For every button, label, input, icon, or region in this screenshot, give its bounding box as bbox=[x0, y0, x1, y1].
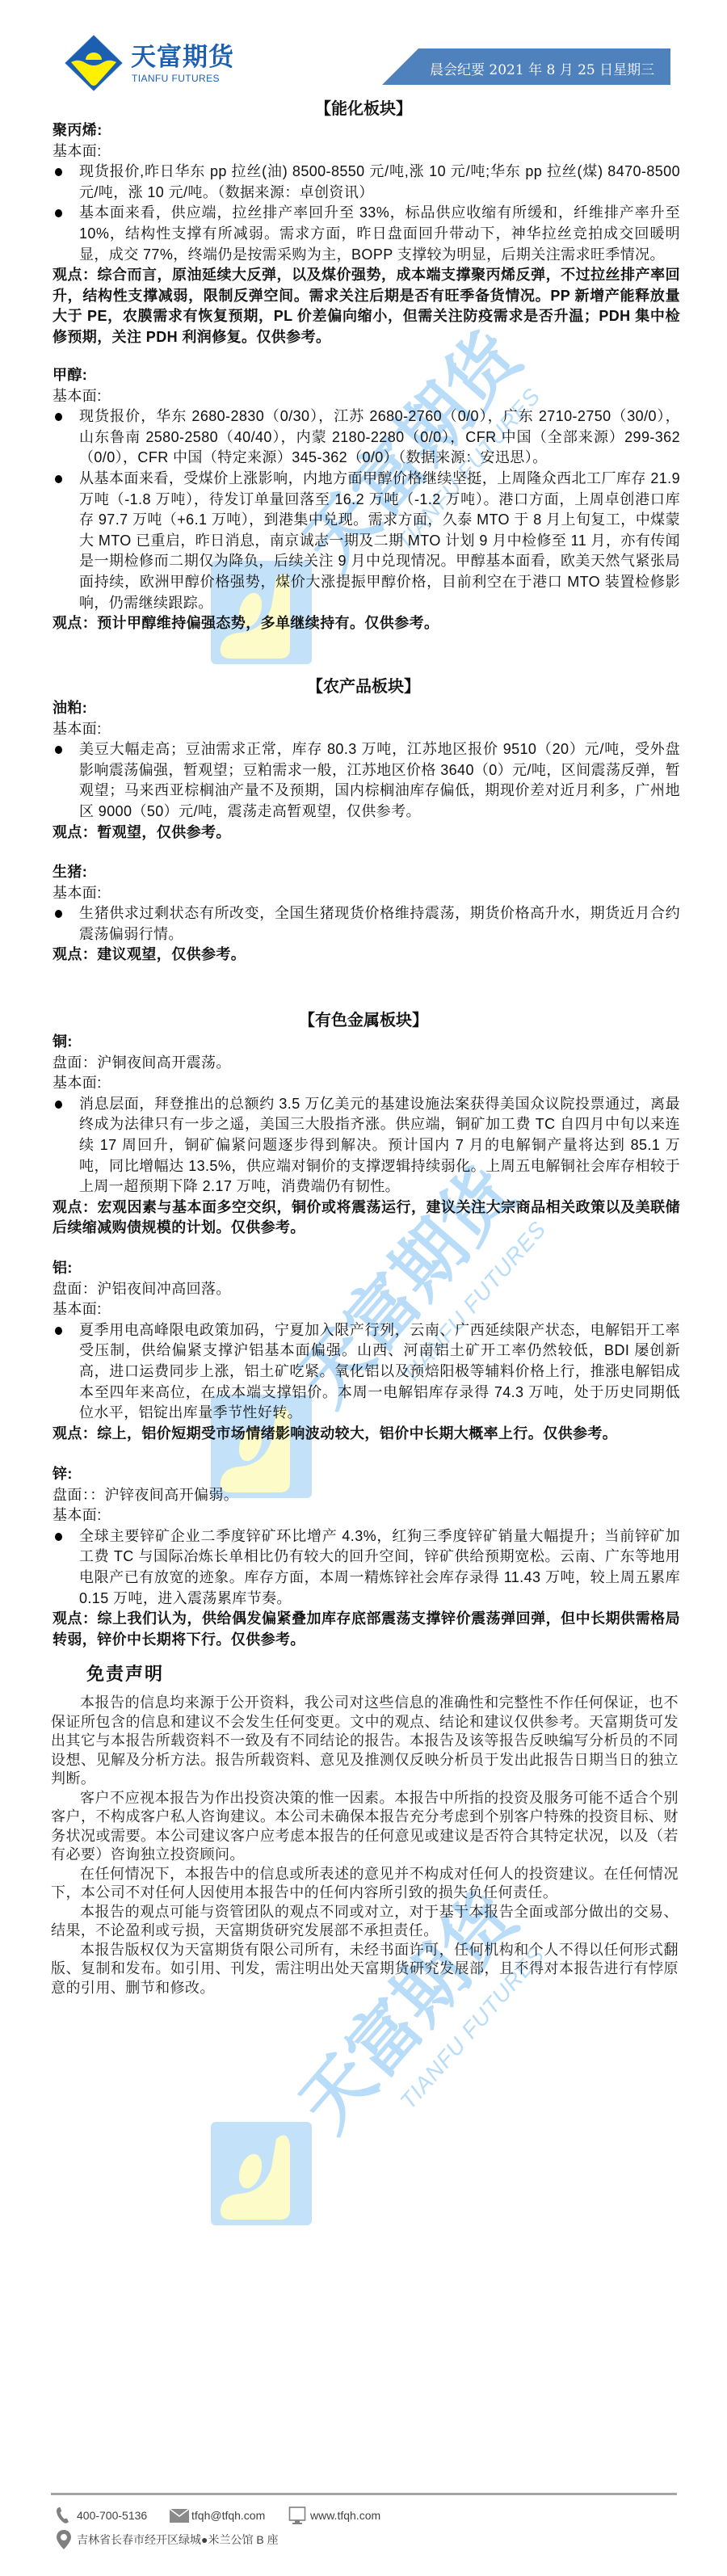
view-paragraph: 观点：综合而言，原油延续大反弹，以及煤价强势，成本端支撑聚丙烯反弹，不过拉丝排产… bbox=[53, 265, 680, 347]
commodity-copper: 铜: 盘面：沪铜夜间高开震荡。 基本面: 消息层面，拜登推出的总额约 3.5 万… bbox=[53, 1032, 680, 1239]
fundamentals-label: 基本面: bbox=[53, 719, 680, 740]
fundamentals-label: 基本面: bbox=[53, 883, 680, 904]
bullet-item: 基本面来看，供应端，拉丝排产率回升至 33%，标品供应收缩有所缓和，纤维排产率升… bbox=[53, 203, 680, 265]
view-paragraph: 观点：综上我们认为，供给偶发偏紧叠加库存底部震荡支撑锌价震荡弹回弹，但中长期供需… bbox=[53, 1609, 680, 1650]
disclaimer-body: 本报告的信息均来源于公开资料，我公司对这些信息的准确性和完整性不作任何保证，也不… bbox=[51, 1694, 679, 1997]
market-line: 盘面：沪铜夜间高开震荡。 bbox=[53, 1053, 680, 1074]
market-label: 盘面： bbox=[53, 1487, 90, 1503]
disclaimer-paragraph: 本报告的信息均来源于公开资料，我公司对这些信息的准确性和完整性不作任何保证，也不… bbox=[51, 1694, 679, 1789]
disclaimer-paragraph: 本报告的观点可能与资管团队的观点不同或对立，对于基于本报告全面或部分做出的交易、… bbox=[51, 1903, 679, 1941]
monitor-icon bbox=[288, 2507, 306, 2525]
bullet-text: 消息层面，拜登推出的总额约 3.5 万亿美元的基建设施法案获得美国众议院投票通过… bbox=[79, 1096, 680, 1194]
market-text: 沪铝夜间冲高回落。 bbox=[97, 1281, 231, 1297]
commodity-name: 油粕: bbox=[53, 698, 680, 719]
view-paragraph: 观点：建议观望，仅供参考。 bbox=[53, 945, 680, 966]
bullet-item: 消息层面，拜登推出的总额约 3.5 万亿美元的基建设施法案获得美国众议院投票通过… bbox=[53, 1094, 680, 1198]
view-text: 建议观望，仅供参考。 bbox=[97, 946, 246, 962]
commodity-live-hogs: 生猪: 基本面: 生猪供求过剩状态有所改变，全国生猪现货价格维持震荡，期货价格高… bbox=[53, 862, 680, 966]
bullet-text: 基本面来看，供应端，拉丝排产率回升至 33%，标品供应收缩有所缓和，纤维排产率升… bbox=[79, 204, 680, 262]
watermark-logo-icon bbox=[210, 2121, 313, 2226]
market-text: 沪铜夜间高开震荡。 bbox=[97, 1054, 231, 1071]
phone-icon bbox=[56, 2507, 70, 2524]
bullet-text: 美豆大幅走高；豆油需求正常，库存 80.3 万吨，江苏地区报价 9510（20）… bbox=[79, 741, 680, 819]
report-page: 天富期货 TIANFU FUTURES 天富期货 TIANFU FUTURES … bbox=[0, 0, 727, 2576]
bullet-item: 美豆大幅走高；豆油需求正常，库存 80.3 万吨，江苏地区报价 9510（20）… bbox=[53, 739, 680, 822]
view-label: 观点： bbox=[53, 824, 97, 840]
commodity-name: 聚丙烯: bbox=[53, 120, 680, 141]
company-name-cn: 天富期货 bbox=[131, 43, 234, 72]
footer-phone: 400-700-5136 bbox=[77, 2508, 147, 2523]
banner-title: 晨会纪要 2021 年 8 月 25 日星期三 bbox=[430, 53, 664, 89]
commodity-methanol: 甲醇: 基本面: 现货报价，华东 2680-2830（0/30），江苏 2680… bbox=[53, 365, 680, 634]
mail-icon bbox=[170, 2508, 189, 2523]
view-text: 综合而言，原油延续大反弹，以及煤价强势，成本端支撑聚丙烯反弹，不过拉丝排产率回升… bbox=[53, 267, 680, 345]
section-title-energy-chemicals: 【能化板块】 bbox=[0, 99, 727, 120]
report-date-banner: 晨会纪要 2021 年 8 月 25 日星期三 bbox=[382, 48, 670, 85]
disclaimer-title: 免责声明 bbox=[86, 1663, 164, 1686]
commodity-aluminum: 铝: 盘面：沪铝夜间冲高回落。 基本面: 夏季用电高峰限电政策加码，宁夏加入限产… bbox=[53, 1258, 680, 1444]
location-pin-icon bbox=[57, 2530, 71, 2549]
bullet-icon bbox=[55, 1327, 62, 1335]
disclaimer-paragraph: 客户不应视本报告为作出投资决策的惟一因素。本报告中所指的投资及服务可能不适合个别… bbox=[51, 1789, 679, 1865]
market-label: 盘面： bbox=[53, 1281, 97, 1297]
bullet-item: 全球主要锌矿企业二季度锌矿环比增产 4.3%，红狗三季度锌矿销量大幅提升；当前锌… bbox=[53, 1526, 680, 1609]
view-paragraph: 观点：预计甲醇维持偏强态势，多单继续持有。仅供参考。 bbox=[53, 613, 680, 634]
market-line: 盘面：沪铝夜间冲高回落。 bbox=[53, 1279, 680, 1300]
view-label: 观点： bbox=[53, 1425, 97, 1442]
bullet-icon bbox=[55, 1101, 62, 1109]
footer-email[interactable]: tfqh@tfqh.com bbox=[191, 2508, 265, 2523]
bullet-text: 生猪供求过剩状态有所改变，全国生猪现货价格维持震荡，期货价格高升水，期货近月合约… bbox=[79, 905, 680, 942]
bullet-item: 夏季用电高峰限电政策加码，宁夏加入限产行列，云南、广西延续限产状态，电解铝开工率… bbox=[53, 1320, 680, 1424]
commodity-polypropylene: 聚丙烯: 基本面: 现货报价,昨日华东 pp 拉丝(油) 8500-8550 元… bbox=[53, 120, 680, 348]
bullet-text: 现货报价,昨日华东 pp 拉丝(油) 8500-8550 元/吨,涨 10 元/… bbox=[79, 163, 680, 200]
view-paragraph: 观点：暂观望，仅供参考。 bbox=[53, 823, 680, 844]
company-logo-icon bbox=[64, 34, 124, 92]
bullet-text: 现货报价，华东 2680-2830（0/30），江苏 2680-2760（0/0… bbox=[79, 408, 680, 465]
view-paragraph: 观点：综上，铝价短期受市场情绪影响波动较大，铝价中长期大概率上行。仅供参考。 bbox=[53, 1424, 680, 1445]
footer-address: 吉林省长春市经开区绿城●米兰公馆 B 座 bbox=[77, 2532, 279, 2547]
fundamentals-label: 基本面: bbox=[53, 1505, 680, 1526]
fundamentals-label: 基本面: bbox=[53, 386, 680, 407]
view-paragraph: 观点：宏观因素与基本面多空交织，铜价或将震荡运行，建议关注大宗商品相关政策以及美… bbox=[53, 1198, 680, 1239]
bullet-icon bbox=[55, 475, 62, 483]
view-label: 观点： bbox=[53, 946, 97, 962]
view-text: 暂观望，仅供参考。 bbox=[97, 824, 231, 840]
footer-website[interactable]: www.tfqh.com bbox=[310, 2508, 380, 2523]
market-line: 盘面：：沪锌夜间高开偏弱。 bbox=[53, 1485, 680, 1506]
bullet-icon bbox=[55, 168, 62, 176]
bullet-text: 夏季用电高峰限电政策加码，宁夏加入限产行列，云南、广西延续限产状态，电解铝开工率… bbox=[79, 1322, 680, 1421]
disclaimer-paragraph: 本报告版权仅为天富期货有限公司所有，未经书面许可，任何机构和个人不得以任何形式翻… bbox=[51, 1941, 679, 1998]
view-text: 综上我们认为，供给偶发偏紧叠加库存底部震荡支撑锌价震荡弹回弹，但中长期供需格局转… bbox=[53, 1610, 680, 1648]
view-label: 观点： bbox=[53, 615, 97, 631]
view-text: 宏观因素与基本面多空交织，铜价或将震荡运行，建议关注大宗商品相关政策以及美联储后… bbox=[53, 1199, 680, 1236]
view-text: 综上，铝价短期受市场情绪影响波动较大，铝价中长期大概率上行。仅供参考。 bbox=[97, 1425, 617, 1442]
bullet-item: 现货报价,昨日华东 pp 拉丝(油) 8500-8550 元/吨,涨 10 元/… bbox=[53, 162, 680, 203]
bullet-item: 生猪供求过剩状态有所改变，全国生猪现货价格维持震荡，期货价格高升水，期货近月合约… bbox=[53, 903, 680, 945]
view-label: 观点： bbox=[53, 1610, 98, 1627]
view-label: 观点： bbox=[53, 267, 98, 283]
bullet-icon bbox=[55, 1533, 62, 1541]
market-label: 盘面： bbox=[53, 1054, 97, 1071]
fundamentals-label: 基本面: bbox=[53, 141, 680, 162]
section-title-nonferrous-metals: 【有色金属板块】 bbox=[0, 1010, 727, 1031]
bullet-text: 全球主要锌矿企业二季度锌矿环比增产 4.3%，红狗三季度锌矿销量大幅提升；当前锌… bbox=[79, 1528, 680, 1606]
bullet-icon bbox=[55, 746, 62, 754]
company-name-en: TIANFU FUTURES bbox=[132, 73, 220, 84]
commodity-name: 锌: bbox=[53, 1464, 680, 1485]
disclaimer-paragraph: 在任何情况下，本报告中的信息或所表述的意见并不构成对任何人的投资建议。在任何情况… bbox=[51, 1865, 679, 1903]
footer-divider bbox=[51, 2493, 677, 2495]
view-label: 观点： bbox=[53, 1199, 98, 1215]
commodity-name: 甲醇: bbox=[53, 365, 680, 386]
view-text: 预计甲醇维持偏强态势，多单继续持有。仅供参考。 bbox=[97, 615, 439, 631]
market-text: ：沪锌夜间高开偏弱。 bbox=[90, 1487, 238, 1503]
commodity-oils-meals: 油粕: 基本面: 美豆大幅走高；豆油需求正常，库存 80.3 万吨，江苏地区报价… bbox=[53, 698, 680, 843]
bullet-icon bbox=[55, 209, 62, 217]
bullet-item: 现货报价，华东 2680-2830（0/30），江苏 2680-2760（0/0… bbox=[53, 406, 680, 469]
commodity-name: 生猪: bbox=[53, 862, 680, 883]
commodity-name: 铜: bbox=[53, 1032, 680, 1053]
fundamentals-label: 基本面: bbox=[53, 1299, 680, 1320]
commodity-zinc: 锌: 盘面：：沪锌夜间高开偏弱。 基本面: 全球主要锌矿企业二季度锌矿环比增产 … bbox=[53, 1464, 680, 1650]
bullet-icon bbox=[55, 910, 62, 918]
fundamentals-label: 基本面: bbox=[53, 1073, 680, 1094]
bullet-text: 从基本面来看，受煤价上涨影响，内地方面甲醇价格继续坚挺，上周隆众西北工厂库存 2… bbox=[79, 470, 680, 611]
bullet-item: 从基本面来看，受煤价上涨影响，内地方面甲醇价格继续坚挺，上周隆众西北工厂库存 2… bbox=[53, 469, 680, 613]
bullet-icon bbox=[55, 413, 62, 421]
commodity-name: 铝: bbox=[53, 1258, 680, 1279]
section-title-agriculture: 【农产品板块】 bbox=[0, 676, 727, 697]
